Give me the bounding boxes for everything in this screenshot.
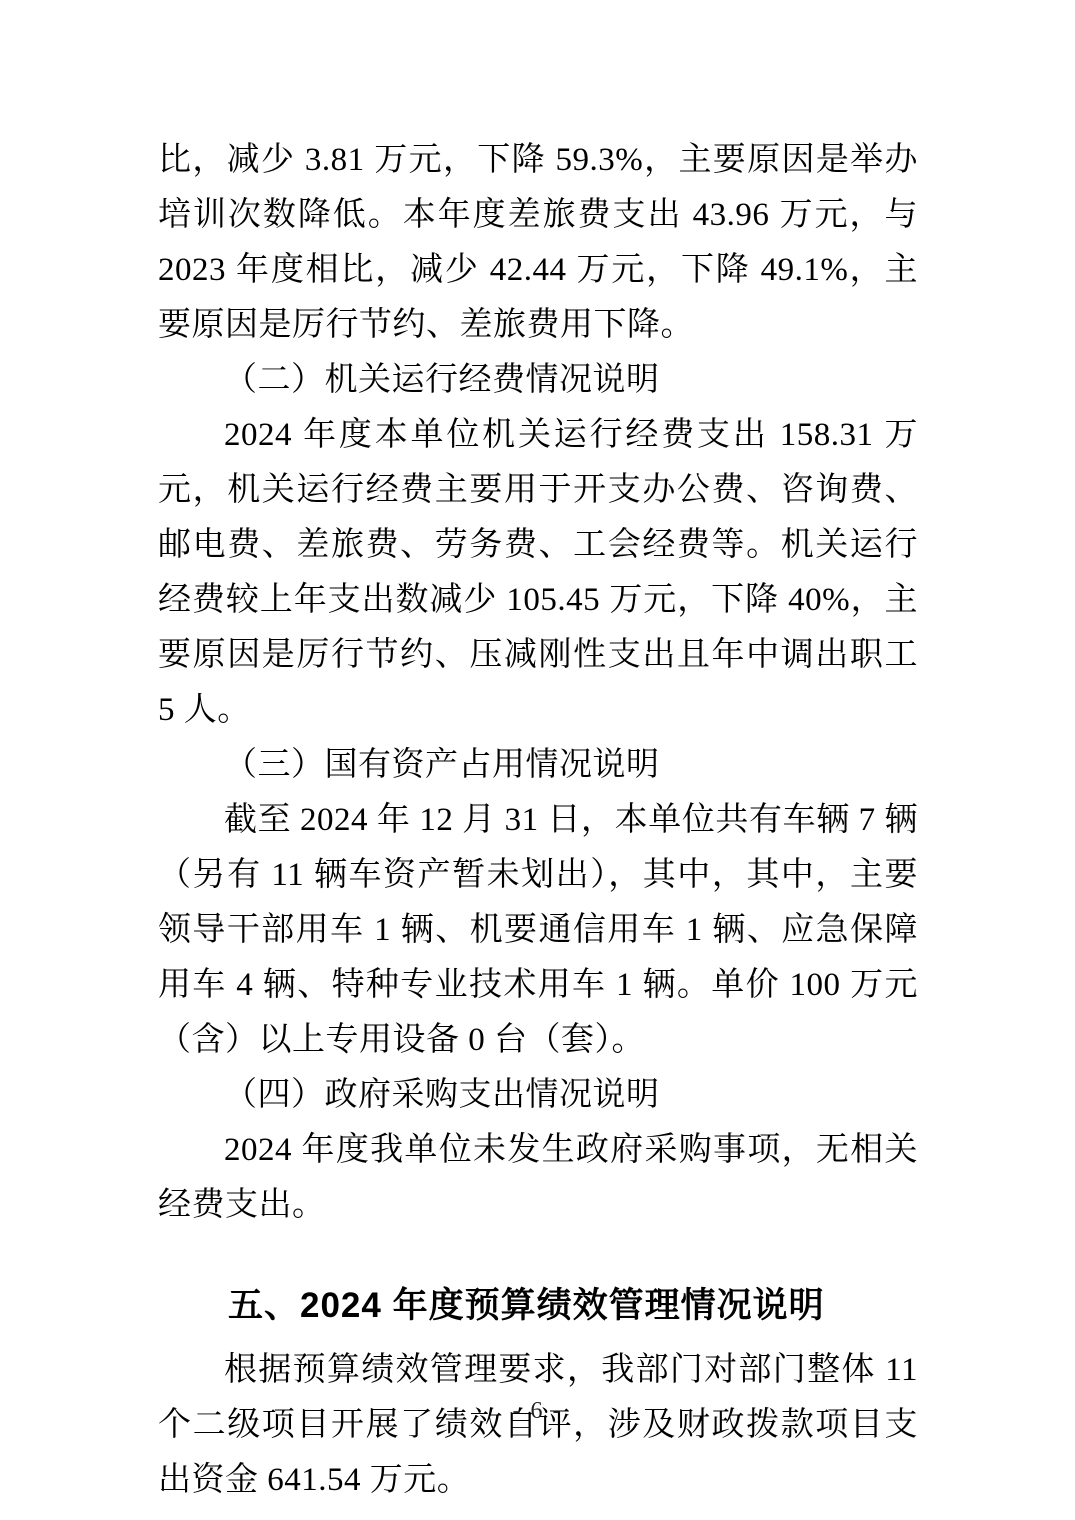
para-government-procurement: 2024 年度我单位未发生政府采购事项，无相关经费支出。: [158, 1123, 918, 1233]
document-page: 比，减少 3.81 万元，下降 59.3%，主要原因是举办培训次数降低。本年度差…: [0, 0, 1075, 1520]
document-body: 比，减少 3.81 万元，下降 59.3%，主要原因是举办培训次数降低。本年度差…: [158, 133, 918, 1508]
subheading-state-owned-assets: （三）国有资产占用情况说明: [158, 738, 918, 793]
heading-budget-performance: 五、2024 年度预算绩效管理情况说明: [158, 1275, 918, 1337]
page-footer: - 6 -: [0, 1396, 1075, 1426]
para-state-owned-assets: 截至 2024 年 12 月 31 日，本单位共有车辆 7 辆（另有 11 辆车…: [158, 793, 918, 1068]
para-agency-operating-funds: 2024 年度本单位机关运行经费支出 158.31 万元，机关运行经费主要用于开…: [158, 408, 918, 738]
page-number: - 6 -: [513, 1398, 563, 1424]
subheading-agency-operating-funds: （二）机关运行经费情况说明: [158, 353, 918, 408]
para-training-travel-expense: 比，减少 3.81 万元，下降 59.3%，主要原因是举办培训次数降低。本年度差…: [158, 133, 918, 353]
subheading-government-procurement: （四）政府采购支出情况说明: [158, 1068, 918, 1123]
